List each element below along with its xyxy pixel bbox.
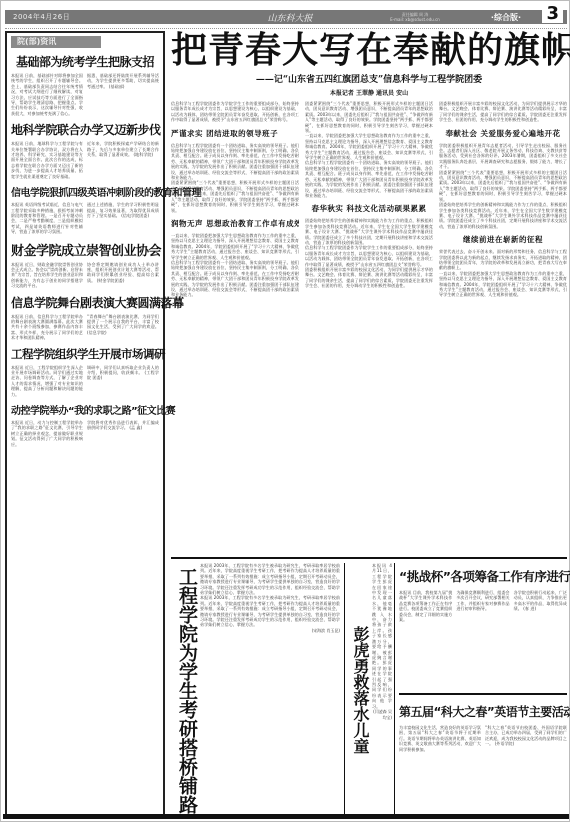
- story-byline: (基础部): [109, 84, 125, 89]
- issue-date: 2004年4月26日: [5, 12, 215, 22]
- feature-text: 团委紧紧围绕“三个代表”重要思想，积极开展形式多样的主题团日活动，团员意识教育活…: [171, 180, 299, 212]
- story-byline: (春 进): [523, 606, 536, 611]
- story-text: 通过上述措施，学生的学习积极性明显提高，复习效果显著，为取得优异成绩打下了坚实基…: [87, 202, 159, 234]
- section-tag: 院(部)资讯: [11, 36, 101, 48]
- page-bottom-rule: [3, 814, 569, 819]
- story-headline: 信电学院狠抓四级英语冲刺阶段的教育和管理: [11, 184, 159, 199]
- section-divider: [171, 557, 567, 559]
- story-text: “科大之春”英语节由校团委、外国语学院联合主办，已成功举办四届，受到了同学们的广…: [485, 725, 567, 752]
- story-info-electric: 信电学院狠抓四级英语冲刺阶段的教育和管理 本报讯 英语四级考试临近，信息与电气工…: [11, 184, 159, 234]
- feature-column-1: 信息科学与工程学院团委作为学院学生工作的重要组成部分，始终坚持以服务青年成长成才…: [171, 101, 299, 545]
- feature-byline: 本报记者 王翠静 通讯员 安山: [171, 88, 567, 97]
- feature-section-heading: 严谨求实 团结进取的领导班子: [171, 128, 299, 139]
- story-engineering-postgrad: 工程学院为学生考研搭桥铺路 本报讯 2003年，工程学院有多名学生被录取为研究生…: [173, 563, 345, 817]
- story-text: 本报讯 日前，信息科学与工程学院举办的舞台剧表演大赛圆满落幕。此次大赛共有十余个…: [11, 314, 83, 341]
- story-engineering-survey: 工程学院组织学生开展市场调研 本报讯 近日，工程学院组织学生深入企业开展市场调研…: [11, 346, 159, 397]
- story-text: 本报讯 近日，财政金融学院崇智创业协会正式成立。协会以“崇尚创新、启智未来”为宗…: [11, 262, 83, 289]
- feature-section-heading: 奉献社会 关爱服务爱心遍地开花: [439, 128, 567, 139]
- left-news-column: 院(部)资讯 基础部为统考学生把脉支招 本报讯 日前，基础部针对即将参加全国统考…: [5, 31, 165, 816]
- story-text: 本报讯 4月11日，工程学院学生彭虎在回家途中发现一名儿童落水，他毫不犹豫地跳入…: [372, 563, 392, 709]
- feature-section-heading: 润物无声 思想政治教育工作卓有成效: [171, 218, 299, 229]
- feature-text: 信息科学与工程学院团委作为学院学生工作的重要组成部分，始终坚持以服务青年成长成才…: [171, 101, 299, 123]
- story-text: 本报讯 英语四级考试临近，信息与电气工程学院采取多种措施，狠抓考前冲刺阶段的教育…: [11, 202, 83, 234]
- story-text: 协会将定期邀请创业成功人士举办讲座，组织开展创业计划大赛等活动，帮助同学们积累创…: [87, 262, 159, 289]
- story-byline: (孟 鑫): [129, 425, 142, 430]
- story-finance: 财金学院成立崇智创业协会 本报讯 近日，财政金融学院崇智创业协会正式成立。协会以…: [11, 240, 159, 289]
- feature-column-3: 团委积极组织开展丰富多彩的校园文化活动，为同学们提供展示才华的舞台。文艺晚会、体…: [439, 101, 567, 545]
- feature-text: 学院团委积极组织开展青年志愿者活动，引导学生走出校园、服务社会。志愿者们深入社区…: [439, 143, 567, 170]
- story-text: 本报讯 近日，动力与控制工程学院举办了“我的求职之路”征文比赛，引导学生树立正确…: [11, 420, 83, 447]
- newspaper-page: 2004年4月26日 山东科大报 责任编辑 周 涛 E-mail: xb@sdu…: [0, 0, 570, 822]
- story-headline: “挑战杯”各项筹备工作有序进行: [399, 567, 567, 585]
- story-headline: 财金学院成立崇智创业协会: [11, 240, 159, 259]
- feature-headline: 把青春大写在奉献的旗帜上: [171, 31, 567, 71]
- story-essay-contest: 动控学院举办“我的求职之路”征文比赛 本报讯 近日，动力与控制工程学院举办了“我…: [11, 402, 159, 447]
- story-byline: (外语学院): [495, 741, 515, 746]
- story-byline: (信息学院): [87, 330, 107, 335]
- feature-text: 团委紧紧围绕“三个代表”重要思想，积极开展形式多样的主题团日活动，团员意识教育活…: [439, 170, 567, 202]
- story-earth-science: 地科学院联合办学又迈新步伐 本报讯 日前，地球科学与工程学院与有关单位签署联合办…: [11, 121, 159, 179]
- story-byline: (闫凌森 吴均宝): [372, 709, 392, 721]
- feature-text: 一直以来，学院团委把加强大学生思想政治教育作为工作的重中之重，坚持以马克思主义理…: [305, 133, 433, 160]
- story-text: 本报讯 日前，地球科学与工程学院与有关单位签署联合办学协议，双方将在人才培养、科…: [11, 141, 83, 179]
- story-headline: 动控学院举办“我的求职之路”征文比赛: [11, 402, 159, 417]
- story-rescue: 彭虎勇救落水儿童 本报讯 4月11日，工程学院学生彭虎在回家途中发现一名儿童落水…: [350, 563, 395, 817]
- feature-column-2: 团委紧紧围绕“三个代表”重要思想，积极开展形式多样的主题团日活动，团员意识教育活…: [305, 101, 433, 545]
- feature-text: 团委积极组织开展丰富多彩的校园文化活动，为同学们提供展示才华的舞台。文艺晚会、体…: [305, 267, 433, 289]
- story-english-festival: 第五届“科大之春”英语节主要活动安排 为丰富校园文化生活，营造良好的英语学习氛围…: [399, 693, 567, 817]
- masthead-divider: [5, 28, 567, 29]
- vertical-headline: 工程学院为学生考研搭桥铺路: [173, 563, 197, 817]
- feature-text: 一直以来，学院团委把加强大学生思想政治教育作为工作的重中之重，坚持以马克思主义理…: [439, 271, 567, 298]
- story-text: 本报讯 日前，基础部针对即将参加全国统考的学生，组织召开了专题辅导会。会上，基础…: [11, 73, 83, 116]
- story-text: 本报讯 2003年，工程学院有多名学生被录取为研究生，考研录取率居学校前列。近年…: [200, 563, 340, 595]
- story-text: 本报讯 目前，我校第九届“挑战杯”大学生课外学术科技作品竞赛各项筹备工作正在有序…: [399, 590, 452, 622]
- story-headline: 基础部为统考学生把脉支招: [11, 53, 159, 70]
- story-text: 据悉，基础部还将陆续开展系列辅导活动，为学生提供更多帮助，切实提高统考通过率。 …: [87, 73, 159, 116]
- story-info-drama: 信息学院舞台剧表演大赛圆满落幕 本报讯 日前，信息科学与工程学院举办的舞台剧表演…: [11, 294, 159, 341]
- feature-text: 团委始终把培养学生的创新精神和实践能力作为工作的重点，积极组织学生参加各类科技竞…: [305, 218, 433, 245]
- feature-text: 一直以来，学院团委把加强大学生思想政治教育作为工作的重中之重，坚持以马克思主义理…: [171, 233, 299, 260]
- story-byline: (地科学院): [133, 152, 153, 157]
- story-headline: 第五届“科大之春”英语节主要活动安排: [399, 703, 567, 720]
- feature-text: 信息科学与工程学院团委有一个团结进取、务实高效的领导班子。他们始终把加强自身建设…: [171, 260, 299, 298]
- story-text: 本报讯 近日，工程学院组织学生深入企业开展市场调研活动。同学们通过实地走访、问卷…: [11, 365, 83, 397]
- story-text: 调研中，同学们认真听取企业负责人的介绍，积极提问，收获颇丰。 (工程学院 团委): [87, 365, 159, 397]
- feature-text: 信息科学与工程学院团委有一个团结进取、务实高效的领导班子。他们始终把加强自身建设…: [305, 160, 433, 198]
- story-text: 各学院也积极行动起来，广泛动员，认真组织，力争推出更多高水平的作品，取得优异成绩…: [514, 590, 567, 622]
- story-byline: (宋海滨 肖玉昆): [200, 628, 340, 634]
- feature-text: 信息科学与工程学院团委作为学院学生工作的重要组成部分，始终坚持以服务青年成长成才…: [305, 245, 433, 267]
- feature-subtitle: ——记“山东省五四红旗团总支”信息科学与工程学院团委: [171, 72, 567, 85]
- feature-text: 团委始终把培养学生的创新精神和实践能力作为工作的重点，积极组织学生参加各类科技竞…: [439, 202, 567, 229]
- story-byline: (财金学院团委): [97, 278, 125, 283]
- newspaper-logo: 山东科大报: [215, 11, 365, 24]
- feature-text: 荣誉代表过去，奋斗开创未来。面对新的形势和任务，信息科学与工程学院团委将以此为新…: [439, 249, 567, 271]
- vertical-headline: 彭虎勇救落水儿童: [350, 563, 370, 817]
- feature-section-heading: 继续前进在崭新的征程: [439, 234, 567, 245]
- page-number: 3: [542, 5, 563, 23]
- story-headline: 地科学院联合办学又迈新步伐: [11, 121, 159, 138]
- email-line: E-mail: xb@sdust.edu.cn: [390, 17, 440, 22]
- story-challenge-cup: “挑战杯”各项筹备工作有序进行 本报讯 目前，我校第九届“挑战杯”大学生课外学术…: [399, 563, 567, 688]
- story-headline: 工程学院组织学生开展市场调研: [11, 346, 159, 362]
- edition-label: ·综合版·: [465, 12, 525, 23]
- feature-text: 信息科学与工程学院团委有一个团结进取、务实高效的领导班子。他们始终把加强自身建设…: [171, 143, 299, 181]
- story-text: 为丰富校园文化生活，营造良好的英语学习氛围，第五届“科大之春”英语节将于近期举行…: [399, 725, 481, 752]
- story-text: “青春舞台”舞台剧表演比赛，为同学们提供了一个展示自我的平台，丰富了校园文化生活…: [87, 314, 159, 341]
- feature-text: 团委积极组织开展丰富多彩的校园文化活动，为同学们提供展示才华的舞台。文艺晚会、体…: [439, 101, 567, 123]
- story-text: 为确保竞赛顺利进行，组委会多次召开会议，研究部署相关工作，并组织专家对参赛作品进…: [456, 590, 509, 622]
- story-text: 近年来，学院积极探索产学研结合的新路子，先后与多家单位建立了长期合作关系，取得了…: [87, 141, 159, 179]
- feature-section-heading: 春华秋实 科技文化活动硕果累累: [305, 203, 433, 214]
- story-text: 本报讯 2003年，工程学院有多名学生被录取为研究生，考研录取率居学校前列。近年…: [200, 595, 340, 627]
- story-headline: 信息学院舞台剧表演大赛圆满落幕: [11, 294, 159, 311]
- feature-text: 团委紧紧围绕“三个代表”重要思想，积极开展形式多样的主题团日活动，团员意识教育活…: [305, 101, 433, 133]
- feature-article: 把青春大写在奉献的旗帜上 ——记“山东省五四红旗团总支”信息科学与工程学院团委 …: [171, 31, 567, 553]
- story-text: 学院将对优秀作品进行表彰，并汇编成册供同学们交流学习。 (孟 鑫): [87, 420, 159, 447]
- story-byline: (信电学院团委): [121, 213, 149, 218]
- masthead-bar: 2004年4月26日 山东科大报 责任编辑 周 涛 E-mail: xb@sdu…: [5, 10, 567, 24]
- story-basic-dept: 基础部为统考学生把脉支招 本报讯 日前，基础部针对即将参加全国统考的学生，组织召…: [11, 53, 159, 116]
- editor-info: 责任编辑 周 涛 E-mail: xb@sdust.edu.cn: [365, 12, 465, 22]
